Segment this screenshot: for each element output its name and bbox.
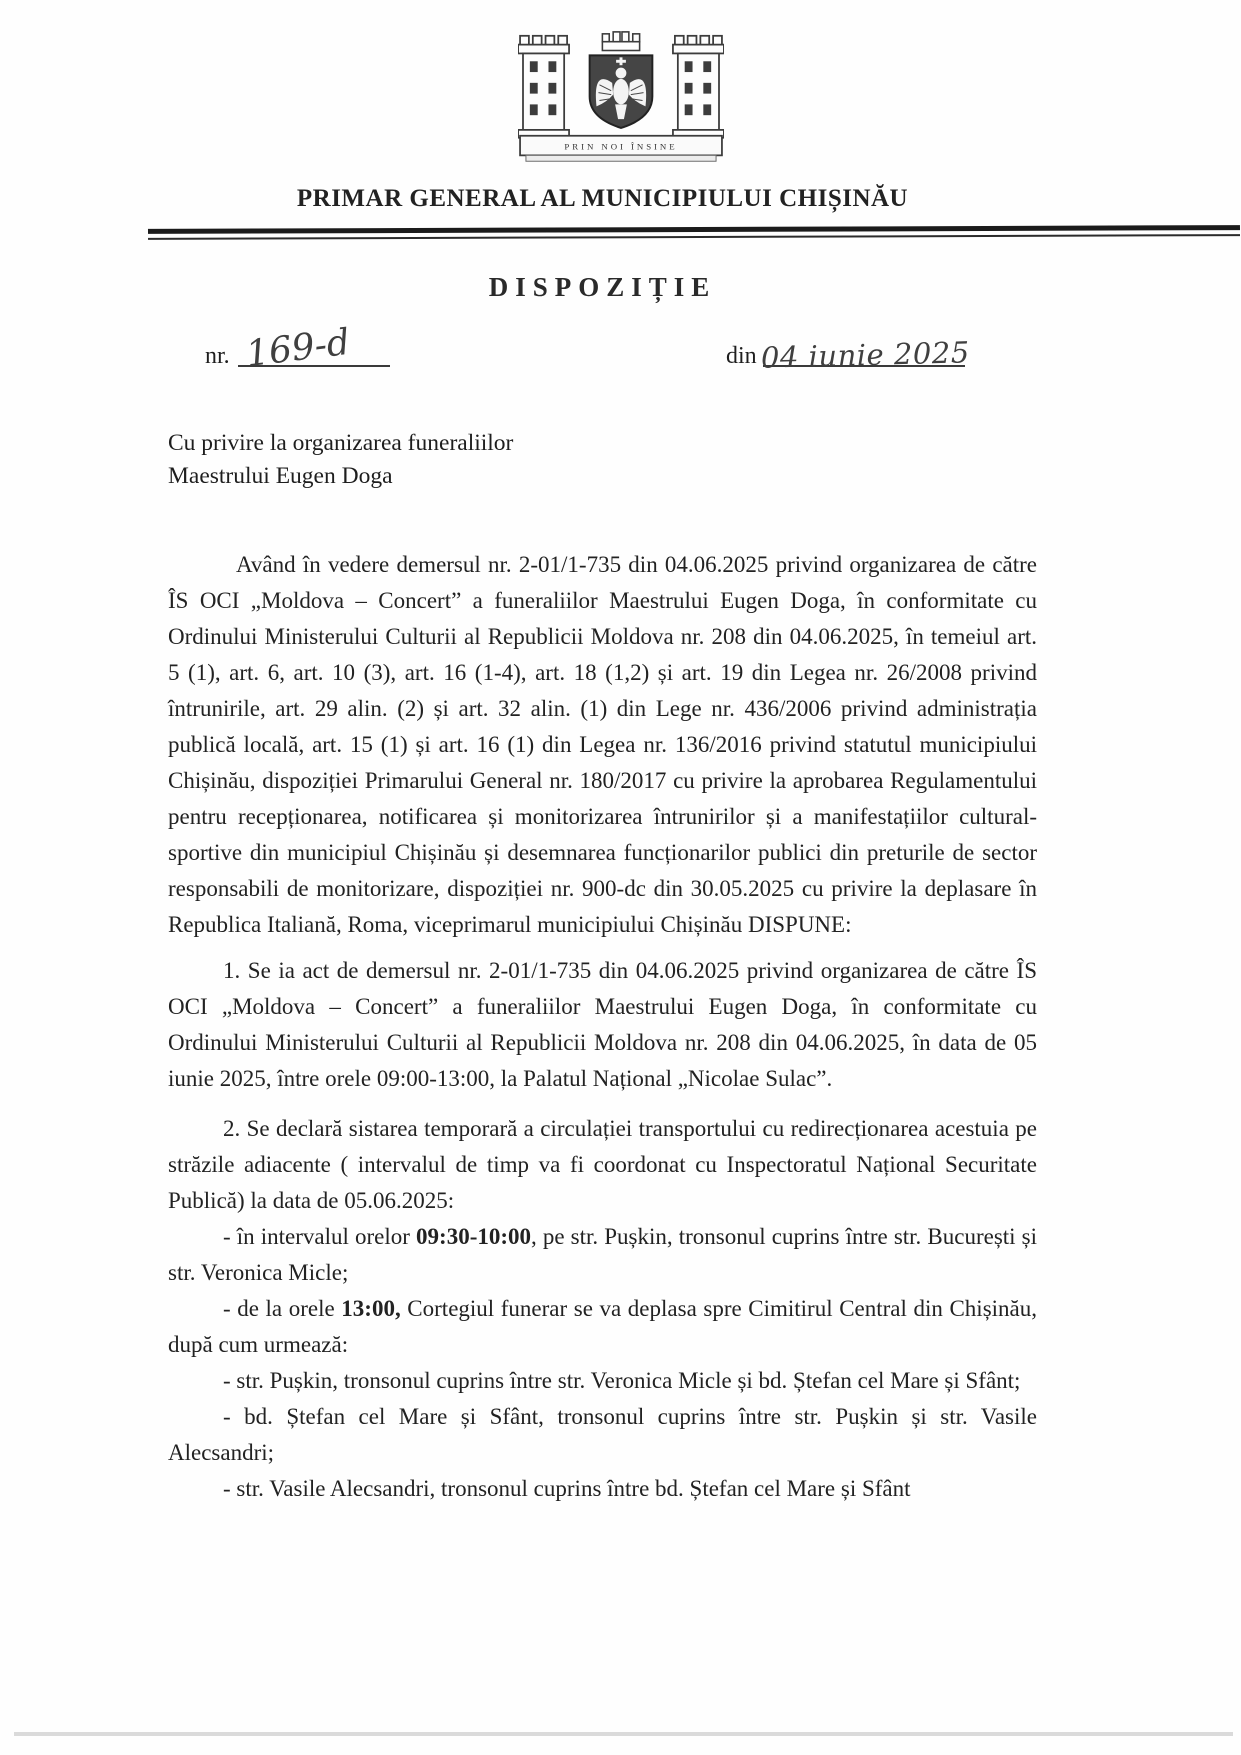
bullet-vasile-alecsandri-segment: - str. Vasile Alecsandri, tronsonul cupr… [168, 1471, 1037, 1507]
number-label: nr. [205, 343, 230, 369]
number-handwritten-value: 169-d [244, 322, 352, 375]
bullet-1-time-bold: 09:30-10:00 [416, 1224, 531, 1249]
bullet-puskin-segment: - str. Pușkin, tronsonul cuprins între s… [168, 1363, 1037, 1399]
bullet-stefan-cel-mare-segment: - bd. Ștefan cel Mare și Sfânt, tronsonu… [168, 1399, 1037, 1471]
document-title: DISPOZIȚIE [168, 272, 1037, 303]
left-tower-icon [518, 36, 569, 138]
bullet-interval-puskin: - în intervalul orelor 09:30-10:00, pe s… [168, 1219, 1037, 1291]
crown-icon [602, 32, 639, 51]
bullet-cortege-departure: - de la orele 13:00, Cortegiul funerar s… [168, 1291, 1037, 1363]
date-handwritten-value: 04 iunie 2025 [760, 335, 970, 374]
document-page: PRIN NOI ÎNSINE PRIMAR GENERAL AL MUNICI… [0, 0, 1241, 1755]
header-divider [148, 225, 1240, 240]
number-blank-line: 169-d [238, 339, 390, 367]
coat-of-arms-graphic: PRIN NOI ÎNSINE [518, 26, 724, 173]
preamble-paragraph: Având în vedere demersul nr. 2-01/1-735 … [168, 547, 1037, 943]
subject-block: Cu privire la organizarea funeraliilor M… [168, 427, 1037, 493]
point-1-paragraph: 1. Se ia act de demersul nr. 2-01/1-735 … [168, 953, 1037, 1097]
bullet-2-time-bold: 13:00, [341, 1296, 400, 1321]
subject-line-1: Cu privire la organizarea funeraliilor [168, 427, 1037, 460]
number-group: nr.169-d [205, 339, 390, 370]
motto-banner: PRIN NOI ÎNSINE [520, 136, 722, 161]
number-date-row: nr.169-d din04 iunie 2025 [168, 329, 1037, 383]
right-tower-icon [672, 36, 723, 138]
date-group: din04 iunie 2025 [726, 339, 965, 370]
motto-text: PRIN NOI ÎNSINE [564, 141, 677, 151]
subject-line-2: Maestrului Eugen Doga [168, 460, 1037, 493]
date-label: din [726, 343, 757, 369]
institution-title: PRIMAR GENERAL AL MUNICIPIULUI CHIȘINĂU [168, 185, 1037, 213]
scan-artifact-strip [14, 1732, 1233, 1736]
document-body: Având în vedere demersul nr. 2-01/1-735 … [168, 547, 1037, 1507]
date-blank-line: 04 iunie 2025 [763, 339, 965, 367]
point-2-paragraph: 2. Se declară sistarea temporară a circu… [168, 1111, 1037, 1219]
coat-of-arms: PRIN NOI ÎNSINE [0, 0, 1241, 173]
